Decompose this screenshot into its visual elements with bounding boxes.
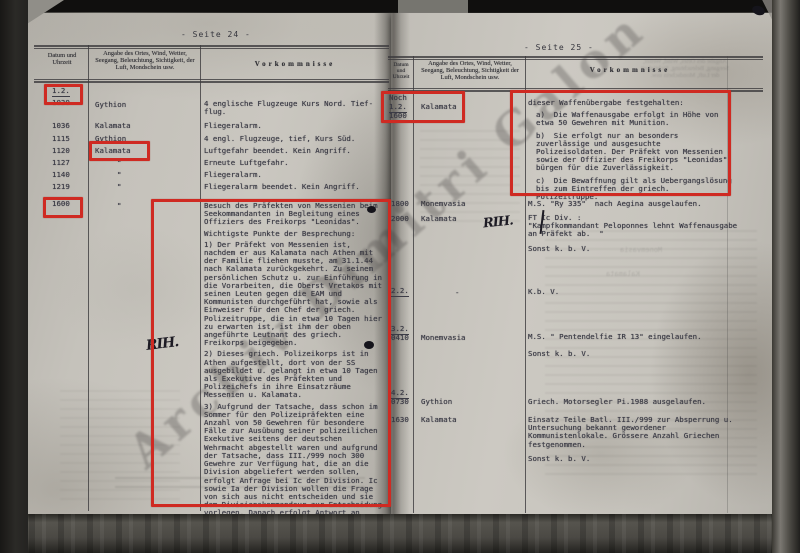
log-place: Kalamata — [421, 416, 457, 424]
column-header-conditions: Angabe des Ortes, Wind, Wetter, Seegang,… — [92, 50, 198, 71]
log-place: " — [95, 183, 121, 191]
log-time: 0730 — [391, 398, 409, 406]
log-text: 4 englische Flugzeuge Kurs Nord. Tief-fl… — [204, 100, 386, 116]
scan-bottom-edge — [0, 514, 800, 553]
log-place: " — [95, 202, 121, 210]
log-place: Gythion — [421, 398, 452, 406]
log-text: 4 engl. Flugzeuge, tief, Kurs Süd. — [204, 135, 386, 143]
log-text: Fliegeralarm beendet. Kein Angriff. — [204, 183, 386, 191]
column-header-events: Vorkommnisse — [210, 61, 380, 68]
scan-right-edge — [772, 0, 800, 553]
red-annotation-box-right-entry — [510, 90, 731, 196]
log-time: 1630 — [391, 416, 409, 424]
date-label: 2.2. — [391, 286, 409, 297]
log-place: - — [455, 289, 459, 297]
log-place: Kalamata — [95, 122, 131, 130]
column-header-datetime: Datum und Uhrzeit — [389, 62, 413, 81]
red-annotation-box-kalamata — [89, 141, 150, 161]
date-entry: 4.2. — [391, 389, 409, 397]
log-time: 1219 — [52, 183, 70, 191]
log-time: 1140 — [52, 171, 70, 179]
red-annotation-box-noch-kalamata — [381, 91, 465, 123]
log-place: " — [95, 171, 121, 179]
date-entry: 2.2. — [391, 287, 409, 295]
log-time: 0410 — [391, 334, 409, 342]
log-text: Fliegeralarm. — [204, 122, 386, 130]
column-header-datetime: Datum und Uhrzeit — [38, 52, 86, 66]
red-annotation-box-date-1-2 — [44, 84, 83, 105]
page-title-left: - Seite 24 - — [181, 30, 251, 39]
scanned-war-diary: - Seite 24 - Datum und Uhrzeit Angabe de… — [0, 0, 800, 553]
log-text: Erneute Luftgefahr. — [204, 159, 386, 167]
log-text: M.S. "Ry 335" nach Aegina ausgelaufen. — [528, 200, 742, 208]
table-line — [413, 56, 414, 513]
log-place: Monemvasia — [421, 334, 466, 342]
handwritten-initials: RIH. — [482, 213, 513, 231]
bleedthrough-header: Angabe des Ortes, Wind, Wetter, Seegang,… — [640, 58, 730, 79]
log-text: Fliegeralarm. — [204, 171, 386, 179]
log-text: Luftgefahr beendet. Kein Angriff. — [204, 147, 386, 155]
log-time: 1127 — [52, 159, 70, 167]
log-place: Gythion — [95, 101, 126, 109]
red-annotation-box-left-entry — [151, 199, 391, 507]
log-time: 1115 — [52, 135, 70, 143]
log-time: 1036 — [52, 122, 70, 130]
red-annotation-box-1600 — [43, 197, 83, 218]
bleedthrough-texture — [545, 230, 757, 480]
scanner-top-wedge — [398, 0, 468, 13]
scan-left-edge — [0, 0, 28, 553]
log-time: 1120 — [52, 147, 70, 155]
column-header-conditions: Angabe des Ortes, Wind, Wetter, Seegang,… — [418, 60, 522, 81]
date-entry: 3.2. — [391, 325, 409, 333]
